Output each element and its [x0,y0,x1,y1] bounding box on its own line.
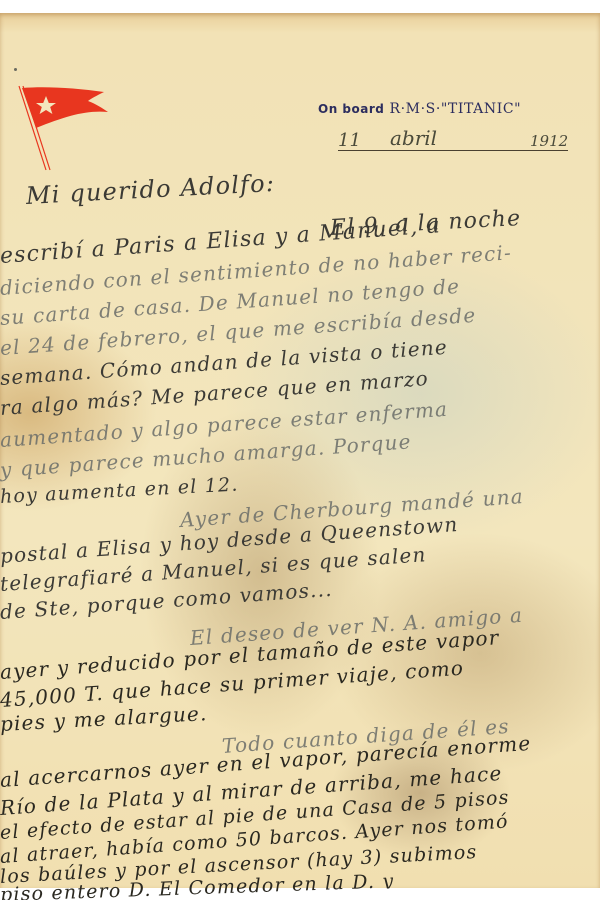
date-day: 11 [338,130,361,151]
ink-speck [14,68,17,71]
date-line: 11 abril 1912 [338,128,568,151]
date-month: abril [390,126,437,150]
white-star-flag-icon [16,84,112,174]
ship-name: R·M·S·"TITANIC" [389,101,521,117]
date-year: 1912 [530,132,568,150]
letterhead-prefix: On board [318,102,384,116]
letterhead: On board R·M·S·"TITANIC" [318,98,521,117]
